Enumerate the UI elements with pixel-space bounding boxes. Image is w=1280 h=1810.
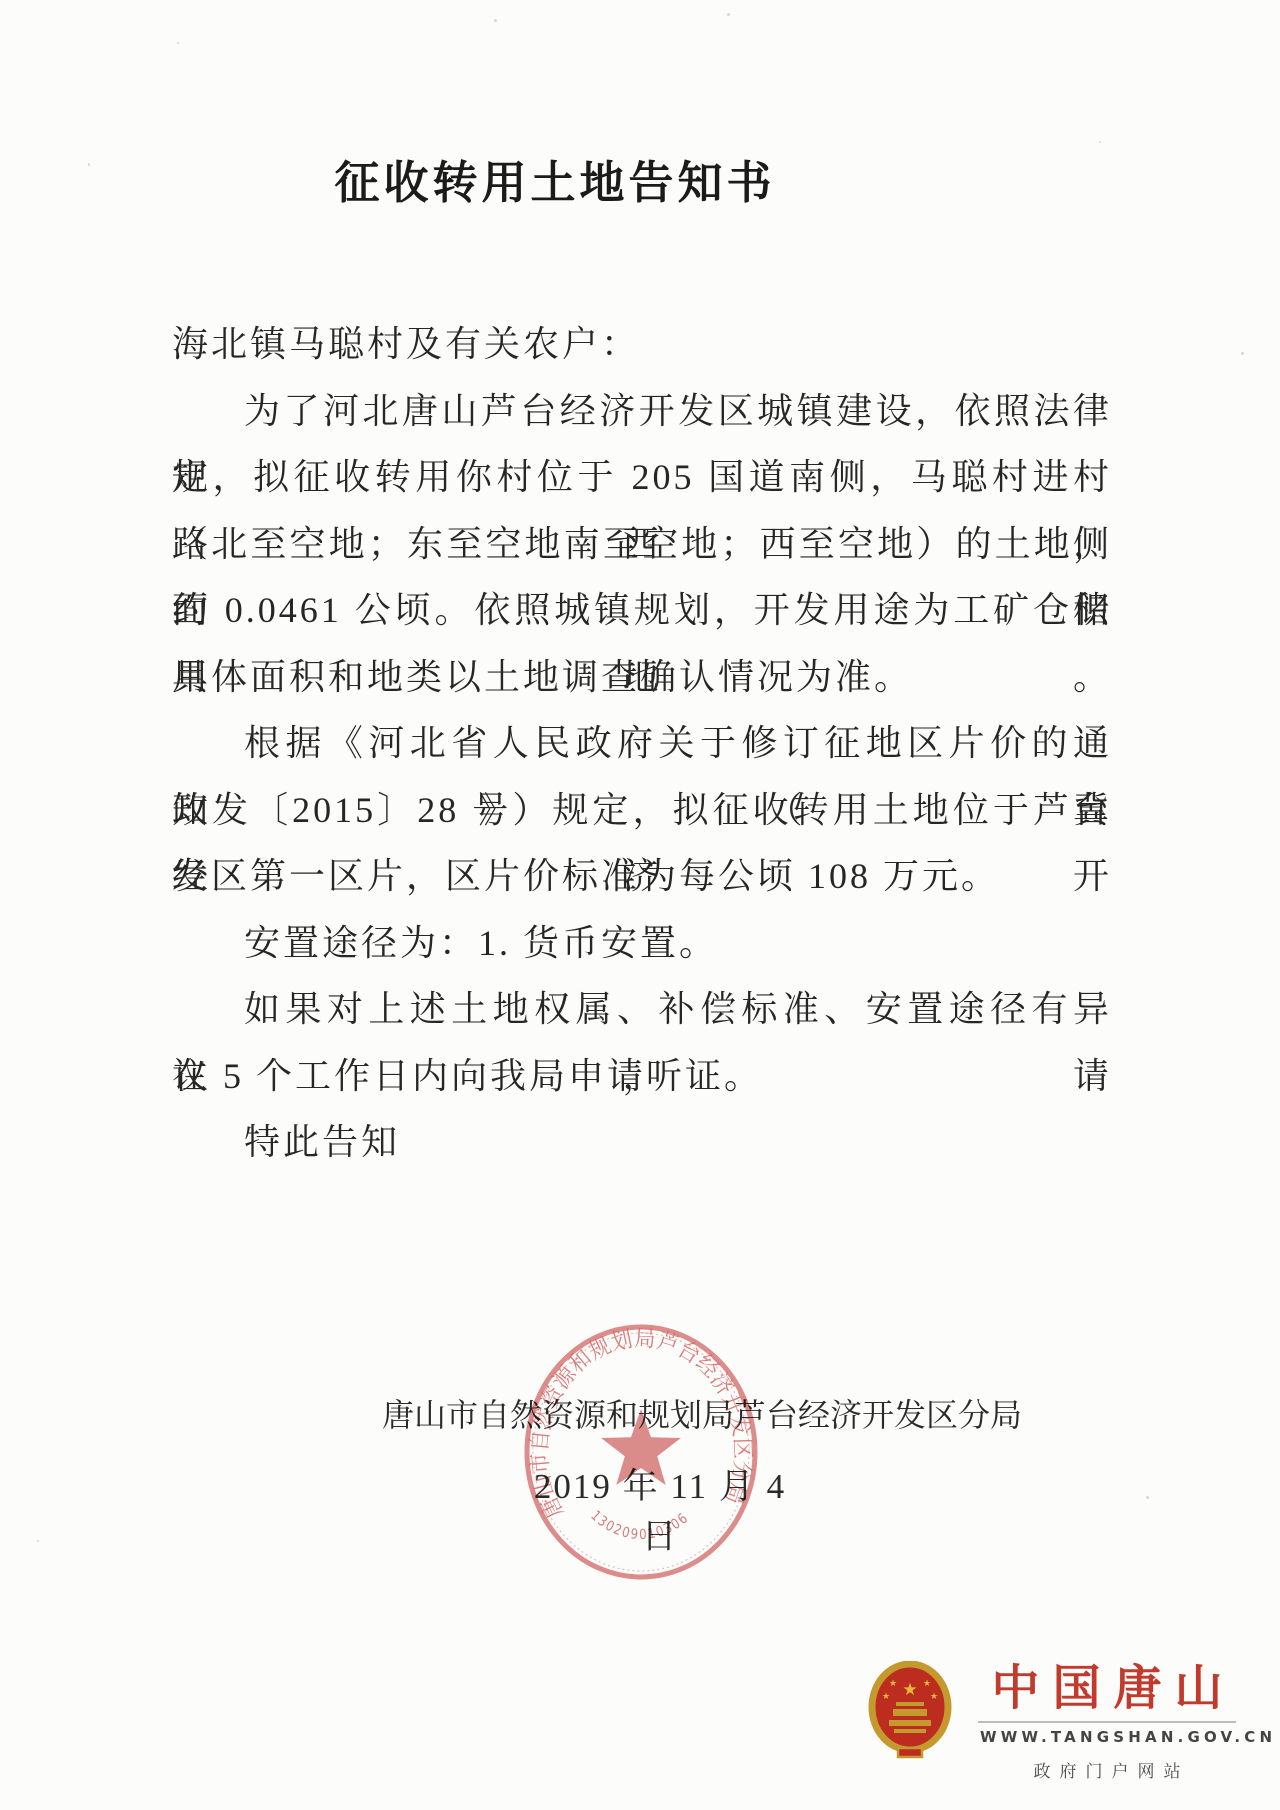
national-emblem-icon: ★ ★ ★ ★ ★ bbox=[868, 1661, 952, 1761]
scan-speck bbox=[37, 1540, 39, 1542]
footer-divider bbox=[978, 1721, 1236, 1723]
scan-speck bbox=[1099, 141, 1101, 143]
page-title: 征收转用土地告知书 bbox=[0, 146, 1110, 211]
portal-subtitle: 政府门户网站 bbox=[976, 1757, 1238, 1782]
scan-speck bbox=[1241, 352, 1244, 355]
portal-site-name: 中国唐山 bbox=[976, 1656, 1238, 1720]
official-seal-stamp: 唐山市自然资源和规划局芦台经济开发区分局 1302090103064 bbox=[519, 1321, 764, 1583]
body-line: 发区第一区片，区片价标准为每公顷 108 万元。 bbox=[172, 843, 1112, 910]
body-line: 安置途径为：1. 货币安置。 bbox=[172, 910, 1112, 977]
svg-text:★: ★ bbox=[889, 1679, 897, 1689]
svg-text:★: ★ bbox=[902, 1680, 917, 1700]
body-line: 如果对上述土地权属、补偿标准、安置途径有异议，请 bbox=[172, 976, 1112, 1043]
svg-text:★: ★ bbox=[882, 1692, 890, 1702]
scan-speck bbox=[1146, 1496, 1149, 1499]
body-line: 根据《河北省人民政府关于修订征地区片价的通知》（冀 bbox=[172, 710, 1112, 777]
svg-text:★: ★ bbox=[923, 1679, 931, 1689]
svg-text:★: ★ bbox=[930, 1692, 938, 1702]
scan-speck bbox=[177, 42, 179, 44]
notice-body: 海北镇马聪村及有关农户： 为了河北唐山芦台经济开发区城镇建设，依照法律规 定，拟… bbox=[172, 311, 1112, 1176]
scan-speck bbox=[494, 19, 497, 22]
scan-speck bbox=[727, 13, 730, 16]
body-line: 约 0.0461 公顷。依照城镇规划，开发用途为工矿仓储用地。 bbox=[172, 577, 1112, 644]
footer-logo: ★ ★ ★ ★ ★ 中国唐山 WWW.TANGSHAN.GOV.CN 政府门户网… bbox=[866, 1656, 1258, 1790]
body-line: 定，拟征收转用你村位于 205 国道南侧，马聪村进村路西侧 bbox=[172, 444, 1112, 511]
body-line: 为了河北唐山芦台经济开发区城镇建设，依照法律规 bbox=[172, 378, 1112, 445]
portal-url[interactable]: WWW.TANGSHAN.GOV.CN bbox=[976, 1728, 1238, 1746]
body-line: （北至空地；东至空地南至空地；西至空地）的土地，面积 bbox=[172, 511, 1112, 578]
scanned-notice-page: 征收转用土地告知书 海北镇马聪村及有关农户： 为了河北唐山芦台经济开发区城镇建设… bbox=[0, 0, 1280, 1810]
footer-logo-text: 中国唐山 WWW.TANGSHAN.GOV.CN 政府门户网站 bbox=[976, 1656, 1238, 1782]
body-line: 政发〔2015〕28 号）规定，拟征收转用土地位于芦台经济开 bbox=[172, 777, 1112, 844]
salutation: 海北镇马聪村及有关农户： bbox=[172, 311, 1112, 378]
body-line: 特此告知 bbox=[172, 1109, 1112, 1176]
seal-star bbox=[601, 1409, 681, 1485]
